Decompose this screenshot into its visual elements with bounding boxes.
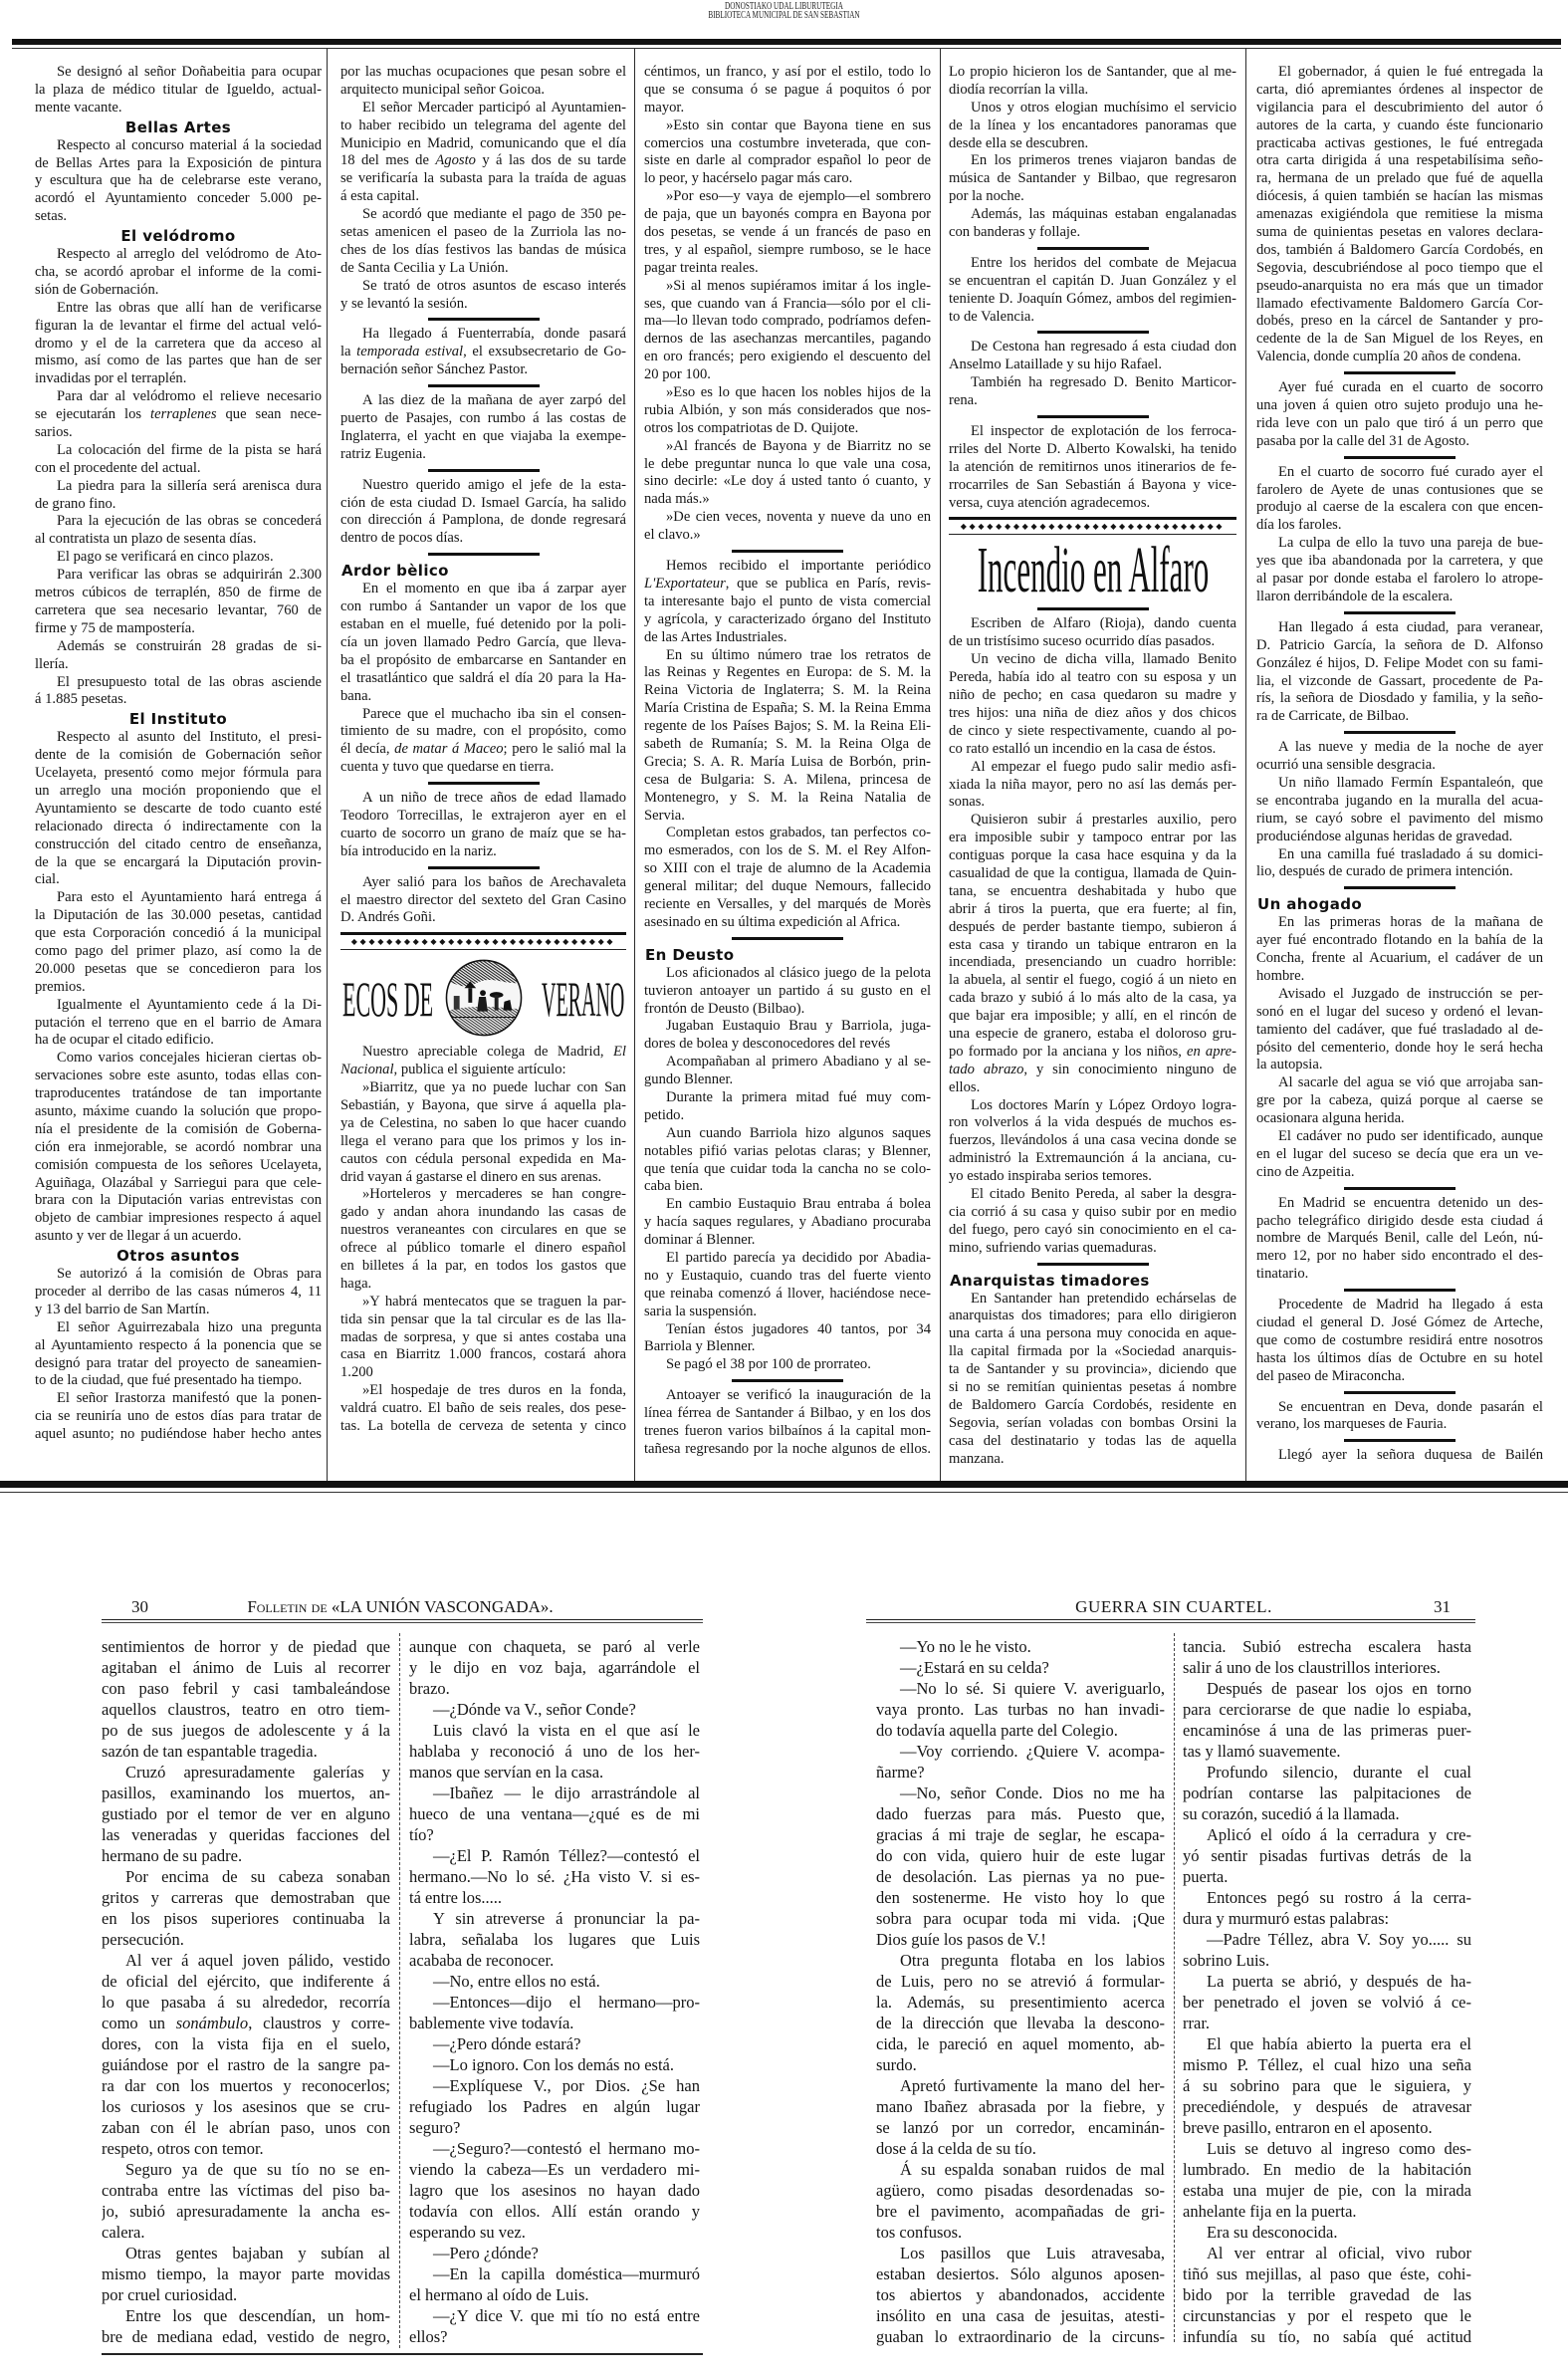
paragraph: La colocación del firme de la pista se h… <box>35 442 322 478</box>
right-running-title: GUERRA SIN CUARTEL. <box>876 1597 1471 1617</box>
text-line: desde ella se descubren. <box>949 135 1236 153</box>
paragraph: De Cestona han regresado á esta ciudad d… <box>949 339 1236 374</box>
separator-rule <box>949 326 1236 339</box>
text-line: contiguas porque la casa hace esquina y … <box>949 847 1236 865</box>
text-line: 18 del mes de Agosto y á las dos de su t… <box>340 152 626 170</box>
text-line: tana, se encuentra deshabitada y hubo qu… <box>949 883 1236 901</box>
text-line: También ha regresado D. Benito Marticor- <box>949 374 1236 392</box>
text-line: jo, subió apresuradamente la ancha es- <box>102 2201 390 2222</box>
paragraph: Ayer salió para los baños de Arechavalet… <box>340 874 626 928</box>
text-line: surdo. <box>876 2054 1165 2075</box>
text-line: Pereda, había ido al teatro con su espos… <box>949 669 1236 687</box>
text-line: casa del destinatario y todas las de aqu… <box>949 1433 1236 1451</box>
section-heading: Anarquistas timadores <box>949 1271 1236 1291</box>
separator-rule <box>340 313 626 326</box>
text-line: una especie de granero, estaba el doloro… <box>949 1026 1236 1044</box>
text-line: de cinco y siete respectivamente, cuando… <box>949 723 1236 741</box>
text-line: ses, que cuando van á Francia—sólo por e… <box>644 296 931 314</box>
paragraph: En Madrid se encuentra detenido un des-p… <box>1256 1195 1543 1284</box>
text-line: cada brazo y subió á lo más alto de la c… <box>949 990 1236 1008</box>
text-line: premios. <box>35 979 322 997</box>
text-line: versa, cuya atención agradecemos. <box>949 495 1236 513</box>
text-line: agüero, como pisadas desordenadas so- <box>876 2180 1165 2201</box>
separator-rule <box>340 464 626 477</box>
text-line: Luis clavó la vista en el que así le <box>409 1720 700 1741</box>
text-line: ba el propósito de embarcarse en Santand… <box>340 652 626 670</box>
text-line: dernos de las asechanzas mercantiles, pa… <box>644 331 931 349</box>
text-line: salir á uno de los claustrillos interior… <box>1183 1657 1471 1678</box>
paragraph: Los doctores Marín y López Ordoyo logra-… <box>949 1097 1236 1186</box>
separator-rule <box>1256 1284 1543 1297</box>
text-line: regente de los Países Bajos; S. M. la Re… <box>644 718 931 736</box>
text-line: ches de los días festivos las bandas de … <box>340 242 626 260</box>
paragraph: Los pasillos que Luis atravesaba,estaban… <box>876 2243 1165 2347</box>
text-line: hueco de una ventana—¿qué es de mi <box>409 1803 700 1824</box>
text-line: mente vacante. <box>35 100 322 118</box>
text-line: otra carta dirigida á una respetabilísim… <box>1256 152 1543 170</box>
text-line: y le dijo en voz baja, agarrándole el <box>409 1657 700 1678</box>
section-heading: Un ahogado <box>1256 894 1543 914</box>
text-line: den sostenerme. He visto hoy lo que <box>876 1887 1165 1908</box>
text-line: xiada la niña mayor, pero no así las dem… <box>949 777 1236 795</box>
text-line: El que había abierto la puerta era el <box>1183 2033 1471 2054</box>
text-line: para cerciorarse de que nadie lo espiaba… <box>1183 1699 1471 1720</box>
text-line: Servia. <box>644 808 931 826</box>
text-line: dores de bolea y desconocedores del revé… <box>644 1036 931 1054</box>
text-line: putación el terreno que en el barrio de … <box>35 1015 322 1033</box>
paragraph: El inspector de explotación de los ferro… <box>949 423 1236 512</box>
text-line: ra, hermana de un prelado que fué de aqu… <box>1256 170 1543 188</box>
text-line: valdrá cuatro. El baño de seis reales, d… <box>340 1400 626 1418</box>
text-line: Se encuentran en Deva, donde pasarán el <box>1256 1399 1543 1417</box>
text-line: Ayuntamiento se descarte de todo cuanto … <box>35 801 322 819</box>
text-line: Se trató de otros asuntos de escaso inte… <box>340 278 626 296</box>
text-line: sonas. <box>949 794 1236 812</box>
text-line: Por encima de su cabeza sonaban <box>102 1866 390 1887</box>
paragraph: Han llegado á esta ciudad, para veranear… <box>1256 619 1543 726</box>
text-line: tres hijos: una niña de diez años y dos … <box>949 705 1236 723</box>
text-line: Después de pasear los ojos en torno <box>1183 1678 1471 1699</box>
paragraph: —Voy corriendo. ¿Quiere V. acompa-ñarme? <box>876 1741 1165 1783</box>
paragraph: El pago se verificará en cinco plazos. <box>35 549 322 567</box>
separator-rule <box>340 548 626 561</box>
top-thin-rule <box>12 48 1561 49</box>
text-line: bre de mediana edad, vestido de negro, <box>102 2326 390 2347</box>
text-line: yo estado inspiraba serios temores. <box>949 1168 1236 1186</box>
text-line: Como varios concejales hicieran ciertas … <box>35 1050 322 1068</box>
section-heading: Bellas Artes <box>35 118 322 137</box>
separator-rule <box>1256 606 1543 619</box>
text-line: servaciones sobre este asunto, todas ell… <box>35 1068 322 1085</box>
text-line: estaban desiertos. Sólo algunos aposen- <box>876 2263 1165 2284</box>
text-line: setas amenicen el paseo de la Zurriola l… <box>340 224 626 242</box>
text-line: En las primeras horas de la mañana de <box>1256 914 1543 932</box>
text-line: ción era inmejorable, se acordó nombrar … <box>35 1139 322 1157</box>
ecos-de-verano-masthead: ECOS DEVERANO <box>340 954 626 1044</box>
text-line: Cruzó apresuradamente galerías y <box>102 1762 390 1783</box>
text-line: »Esto sin contar que Bayona tiene en sus <box>644 118 931 135</box>
text-line: pseudo-anarquista no era más que un tima… <box>1256 278 1543 296</box>
text-line: gado y andan ahora inundando las casas d… <box>340 1204 626 1222</box>
paragraph: Lo propio hicieron los de Santander, que… <box>949 64 1236 100</box>
text-line: lo que pasaba á su alrededor, recorría <box>102 1992 390 2013</box>
paragraph: También ha regresado D. Benito Marticor-… <box>949 374 1236 410</box>
text-line: Para la ejecución de las obras se conced… <box>35 513 322 531</box>
text-line: La colocación del firme de la pista se h… <box>35 442 322 460</box>
paragraph: Aplicó el oído á la cerradura y cre-yó s… <box>1183 1824 1471 1887</box>
paragraph: —Explíquese V., por Dios. ¿Se hanrefugia… <box>409 2075 700 2138</box>
paragraph: Se encuentran en Deva, donde pasarán elv… <box>1256 1399 1543 1435</box>
text-line: bre el pavimento, acompañadas de gri- <box>876 2201 1165 2222</box>
text-line: En su último número trae los retratos de <box>644 647 931 665</box>
paragraph: —Pero ¿dónde? <box>409 2243 700 2263</box>
text-line: breve pasillo, entraron en el aposento. <box>1183 2117 1471 2138</box>
text-line: —No lo sé. Si quiere V. averiguarlo, <box>876 1678 1165 1699</box>
text-line: Los pasillos que Luis atravesaba, <box>876 2243 1165 2263</box>
text-line: En el cuarto de socorro fué curado ayer … <box>1256 464 1543 482</box>
text-line: puerta. <box>1183 1866 1471 1887</box>
text-line: Aplicó el oído á la cerradura y cre- <box>1183 1824 1471 1845</box>
text-line: En una camilla fué trasladado á su domic… <box>1256 846 1543 864</box>
text-line: de oficial del ejército, que indiferente… <box>102 1971 390 1992</box>
text-line: nada más.» <box>644 491 931 509</box>
paragraph: En su último número trae los retratos de… <box>644 647 931 826</box>
text-line: de Bellas Artes para la Exposición de pi… <box>35 155 322 173</box>
text-line: hermano de su padre. <box>102 1845 390 1866</box>
text-line: Teodoro Torrecillas, le extrajeron ayer … <box>340 808 626 826</box>
text-line: Anselmo Lataillade y su hijo Rafael. <box>949 357 1236 374</box>
text-line: circunstancias y por el respeto que le <box>1183 2305 1471 2326</box>
text-line: ta de Santander y su provincia», diciend… <box>949 1361 1236 1379</box>
text-line: setas. <box>35 208 322 226</box>
text-line: á 1.885 pesetas. <box>35 691 322 709</box>
text-line: dobés, preso en la cárcel de Santander y… <box>1256 313 1543 331</box>
paragraph: Antoayer se verificó la inauguración de … <box>644 1387 931 1459</box>
text-line: al pasar por donde estaba el farolero lo… <box>1256 571 1543 589</box>
text-line: manos que servían en la casa. <box>409 1762 700 1783</box>
text-line: sobra para ocupar toda mi vida. ¡Que <box>876 1908 1165 1929</box>
text-line: al contratista un plazo de sesenta días. <box>35 531 322 549</box>
text-line: Completan estos grabados, tan perfectos … <box>644 825 931 842</box>
paragraph: »Biarritz, que ya no puede luchar con Sa… <box>340 1079 626 1186</box>
text-line: Al ver entrar al oficial, vivo rubor <box>1183 2243 1471 2263</box>
text-line: administró la Extremaunción á la anciana… <box>949 1150 1236 1168</box>
text-line: González é hijos, D. Felipe Modet con su… <box>1256 655 1543 673</box>
paragraph: »Eso es lo que hacen los nobles hijos de… <box>644 384 931 438</box>
text-line: sino decirle: «Le doy á usted tanto ó cu… <box>644 473 931 491</box>
text-line: niño de pecho; en casa quedaron su madre… <box>949 687 1236 705</box>
text-line: carretera que sea necesario levantar, 76… <box>35 602 322 620</box>
paragraph: Se designó al señor Doñabeitia para ocup… <box>35 64 322 118</box>
separator-rule <box>340 379 626 392</box>
text-line: con rumbo á Santander un vapor de los qu… <box>340 598 626 616</box>
text-line: persecución. <box>102 1929 390 1950</box>
text-line: por la noche. <box>949 188 1236 206</box>
separator-rule <box>644 545 931 558</box>
text-line: Unos y otros elogian muchísimo el servic… <box>949 100 1236 118</box>
text-line: tas y llamó suavemente. <box>1183 1741 1471 1762</box>
paragraph: Avisado el Juzgado de instrucción se per… <box>1256 986 1543 1074</box>
paragraph: Por encima de su cabeza sonabangritos y … <box>102 1866 390 1950</box>
text-line: —Ibañez — le dijo arrastrándole al <box>409 1783 700 1803</box>
paragraph: En una camilla fué trasladado á su domic… <box>1256 846 1543 882</box>
text-line: metros cúbicos de terraplén, 850 de firm… <box>35 585 322 602</box>
page-divider-thin-rule <box>0 1492 1568 1493</box>
text-line: con el procedente del actual. <box>35 460 322 478</box>
ornament-bottom-line <box>340 949 626 950</box>
text-line: —No, entre ellos no está. <box>409 1971 700 1992</box>
text-line: relacionado directa ó indirectamente con… <box>35 819 322 836</box>
text-line: 20.000 pesetas que se concedieron para l… <box>35 961 322 979</box>
text-line: D. Patricio García, la señora de D. Alfo… <box>1256 637 1543 655</box>
text-line: amenazas exigiéndola que remitiese la mi… <box>1256 206 1543 224</box>
news-column-3: céntimos, un franco, y así por el estilo… <box>644 64 931 1459</box>
paragraph: —¿Seguro?—contestó el hermano mo-viendo … <box>409 2138 700 2243</box>
text-line: se encuentran el capitán D. Juan Gonzále… <box>949 273 1236 291</box>
text-line: tas. La botella de cerveza de setenta y … <box>340 1418 626 1436</box>
text-line: practicaba activas gestiones, le fué ent… <box>1256 135 1543 153</box>
paragraph: Al empezar el fuego pudo salir medio asf… <box>949 759 1236 813</box>
text-line: música de Santander y Bilbao, que regres… <box>949 170 1236 188</box>
section-heading: Ardor bèlico <box>340 561 626 581</box>
text-line: objeto de cambiar impresiones respecto á… <box>35 1210 322 1228</box>
text-line: drid vayan á gastarse el dinero en sus a… <box>340 1169 626 1187</box>
text-line: de un tristísimo suceso ocurrido días pa… <box>949 633 1236 651</box>
text-line: gre por la cabeza, quizá porque al caers… <box>1256 1092 1543 1110</box>
text-line: Municipio en Madrid, comunicando que el … <box>340 135 626 153</box>
left-running-title: Folletin de «LA UNIÓN VASCONGADA». <box>102 1597 699 1617</box>
text-line: mayor. <box>644 100 931 118</box>
text-line: de paja, que un bayonés compra en Bayona… <box>644 206 931 224</box>
text-line: ratriz Eugenia. <box>340 446 626 464</box>
text-line: »Al francés de Bayona y de Biarritz no s… <box>644 438 931 456</box>
text-line: de la dirección que llevaba la descono- <box>876 2013 1165 2033</box>
text-line: el maestro director del sexteto del Gran… <box>340 892 626 910</box>
text-line: dado fuerzas para más. Puesto que, <box>876 1803 1165 1824</box>
text-line: A un niño de trece años de edad llamado <box>340 790 626 808</box>
text-line: ocurrió una sensible desgracia. <box>1256 757 1543 775</box>
text-line: A las nueve y media de la noche de ayer <box>1256 739 1543 757</box>
feuilleton-right-column-1: —Yo no le he visto.—¿Estará en su celda?… <box>876 1636 1165 2347</box>
text-line: so XIII con el traje de alumno de la Aca… <box>644 860 931 878</box>
text-line: el hermano al oído de Luis. <box>409 2284 700 2305</box>
paragraph: En el momento en que iba á zarpar ayerco… <box>340 581 626 705</box>
text-line: Montenegro, y S. M. la Reina Natalia de <box>644 790 931 808</box>
paragraph: Otras gentes bajaban y subían almismo ti… <box>102 2243 390 2305</box>
text-line: Grecia; S. A. R. María Luisa de Borbón, … <box>644 754 931 772</box>
paragraph: Después de pasear los ojos en tornopara … <box>1183 1678 1471 1762</box>
text-line: Procedente de Madrid ha llegado á esta <box>1256 1297 1543 1314</box>
text-line: sabeth de Rumanía; S. M. la Reina Olga d… <box>644 736 931 754</box>
text-line: Para verificar las obras se adquirirán 2… <box>35 567 322 585</box>
news-column-5: El gobernador, á quien le fué entregada … <box>1256 64 1543 1465</box>
text-line: D. Andrés Goñi. <box>340 909 626 927</box>
text-line: En los primeros trenes viajaron bandas d… <box>949 152 1236 170</box>
text-line: cida, le pareció en aquel momento, ab- <box>876 2033 1165 2054</box>
text-line: notables pifió varias pelotas claras; y … <box>644 1143 931 1161</box>
paragraph: »Horteleros y mercaderes se han congre-g… <box>340 1186 626 1293</box>
text-line: se lanzó por un corredor, encaminán- <box>876 2117 1165 2138</box>
paragraph: »El hospedaje de tres duros en la fonda,… <box>340 1382 626 1436</box>
text-line: que se consuma ó se pague á poquitos ó p… <box>644 82 931 100</box>
text-line: de las Artes Industriales. <box>644 629 931 647</box>
paragraph: —No lo sé. Si quiere V. averiguarlo,vaya… <box>876 1678 1165 1741</box>
text-line: en billetes á la par, en todos los gasto… <box>340 1258 626 1276</box>
text-line: Respecto al arreglo del velódromo de Ato… <box>35 246 322 264</box>
text-line: En Santander han pretendido echárselas d… <box>949 1291 1236 1308</box>
left-page-bottom-rule <box>102 2353 703 2355</box>
text-line: mismo, así como de las partes que han de… <box>35 353 322 370</box>
text-line: seguro? <box>409 2117 700 2138</box>
masthead-word-left: ECOS DE <box>342 974 433 1024</box>
paragraph: —Lo ignoro. Con los demás no está. <box>409 2054 700 2075</box>
text-line: ción de esta ciudad D. Ismael García, ha… <box>340 495 626 513</box>
text-line: vaya pronto. Las turbas no han invadi- <box>876 1699 1165 1720</box>
separator-rule <box>644 932 931 945</box>
text-line: dose á la celda de su tío. <box>876 2138 1165 2159</box>
paragraph: Además se construirán 28 gradas de si-ll… <box>35 638 322 674</box>
text-line: saria la suspensión. <box>644 1304 931 1321</box>
text-line: —¿Estará en su celda? <box>876 1657 1165 1678</box>
text-line: Otras gentes bajaban y subían al <box>102 2243 390 2263</box>
text-line: si no se remitían quinientas pesetas á n… <box>949 1379 1236 1397</box>
text-line: dominar á Blenner. <box>644 1232 931 1250</box>
text-line: »El hospedaje de tres duros en la fonda, <box>340 1382 626 1400</box>
text-line: cuarto de socorro un grano de maíz que s… <box>340 826 626 843</box>
text-line: tinatario. <box>1256 1266 1543 1284</box>
text-line: madas de sorpresa, y que si antes costab… <box>340 1329 626 1347</box>
section-heading: El Instituto <box>35 709 322 729</box>
text-line: no y Eustaquio, cuando tras del fuerte v… <box>644 1268 931 1286</box>
text-line: Al sacarle del agua se vió que arrojaba … <box>1256 1074 1543 1092</box>
paragraph: El gobernador, á quien le fué entregada … <box>1256 64 1543 366</box>
text-line: él decía, de matar á Maceo; pero le sali… <box>340 741 626 759</box>
text-line: La culpa de ello la tuvo una pareja de b… <box>1256 535 1543 553</box>
text-line: co rato estalló un incendio en la casa d… <box>949 741 1236 759</box>
text-line: Se pagó el 38 por 100 de prorrateo. <box>644 1356 931 1374</box>
text-line: Valencia, donde cumplía 20 años de conde… <box>1256 349 1543 366</box>
text-line: cedente de la de San Miguel de los Reyes… <box>1256 331 1543 349</box>
text-line: figuran la de levantar el firme del actu… <box>35 318 322 336</box>
paragraph: Completan estos grabados, tan perfectos … <box>644 825 931 931</box>
text-line: ma—lo llevan todo comprado, podríamos de… <box>644 313 931 331</box>
text-line: Entonces pegó su rostro á la cerra- <box>1183 1887 1471 1908</box>
text-line: haga. <box>340 1276 626 1294</box>
text-line: un arreglo una moción proponiendo que el <box>35 783 322 801</box>
text-line: Concha, frente al Acuarium, el cadáver d… <box>1256 950 1543 968</box>
separator-rule <box>1256 881 1543 894</box>
text-line: de la línea y los encantadores panoramas… <box>949 118 1236 135</box>
running-title-main: «LA UNIÓN VASCONGADA». <box>332 1597 554 1616</box>
text-line: —Padre Téllez, abra V. Soy yo..... su <box>1183 1929 1471 1950</box>
text-line: tiñó sus mejillas, al paso que éste, coh… <box>1183 2263 1471 2284</box>
paragraph: Al sacarle del agua se vió que arrojaba … <box>1256 1074 1543 1128</box>
text-line: dente de la comisión de Gobernación seño… <box>35 747 322 765</box>
text-line: Acompañaban al primero Abadiano y al se- <box>644 1054 931 1071</box>
paragraph: —No, entre ellos no está. <box>409 1971 700 1992</box>
paragraph: —¿Y dice V. que mi tío no está entreello… <box>409 2305 700 2347</box>
text-line: Nuestro apreciable colega de Madrid, El <box>340 1044 626 1062</box>
text-line: sonó en el lugar del suceso y ordenó el … <box>1256 1004 1543 1022</box>
paragraph: tancia. Subió estrecha escalera hastasal… <box>1183 1636 1471 1678</box>
text-line: sentimientos de horror y de piedad que <box>102 1636 390 1657</box>
text-line: tío? <box>409 1824 700 1845</box>
text-line: El señor Mercader participó al Ayuntamie… <box>340 100 626 118</box>
text-line: de Luis, pero no se atrevió á formular- <box>876 1971 1165 1992</box>
text-line: las veneradas y queridas facciones del <box>102 1824 390 1845</box>
text-line: Y sin atreverse á pronunciar la pa- <box>409 1908 700 1929</box>
text-line: En el momento en que iba á zarpar ayer <box>340 581 626 598</box>
text-line: dores, con la vista fija en el suelo, <box>102 2033 390 2054</box>
text-line: comisión compuesta de los señores Ucelay… <box>35 1157 322 1175</box>
text-line: cia corrió á su casa y quiso subir por e… <box>949 1204 1236 1222</box>
text-line: construcción del citado centro de enseña… <box>35 836 322 854</box>
paragraph: »Esto sin contar que Bayona tiene en sus… <box>644 118 931 189</box>
paragraph: céntimos, un franco, y así por el estilo… <box>644 64 931 118</box>
text-line: »De cien veces, noventa y nueve da uno e… <box>644 509 931 527</box>
text-line: de desolación. Las piernas ya no pue- <box>876 1866 1165 1887</box>
text-line: casualidad de que la contigua, llamada d… <box>949 865 1236 883</box>
text-line: otros los compatriotas de D. Quijote. <box>644 420 931 438</box>
text-line: Los aficionados al clásico juego de la p… <box>644 965 931 983</box>
text-line: insólito en una casa de jesuitas, atesti… <box>876 2305 1165 2326</box>
paragraph: Profundo silencio, durante el cualpodría… <box>1183 1762 1471 1824</box>
text-line: asesinado en su última expedición al Afr… <box>644 914 931 932</box>
text-line: infundía su tío, no sabía qué actitud <box>1183 2326 1471 2347</box>
paragraph: Para la ejecución de las obras se conced… <box>35 513 322 549</box>
paragraph: Entonces pegó su rostro á la cerra-dura … <box>1183 1887 1471 1929</box>
separator-rule <box>949 410 1236 423</box>
text-line: —Voy corriendo. ¿Quiere V. acompa- <box>876 1741 1165 1762</box>
text-line: manzana. <box>949 1451 1236 1469</box>
paragraph: Respecto al asunto del Instituto, el pre… <box>35 729 322 889</box>
text-line: con dirección á Pamplona, de donde regre… <box>340 512 626 530</box>
text-line: del fuego, pero cayó sin conocimiento en… <box>949 1222 1236 1240</box>
text-line: nía el presidente de la comisión de Gobe… <box>35 1121 322 1139</box>
text-line: de la que se encargará la Diputación pro… <box>35 854 322 872</box>
text-line: do con vida, quiero huir de este lugar <box>876 1845 1165 1866</box>
text-line: to de la ciudad, que fué presentado ha t… <box>35 1372 322 1390</box>
text-line: La puerta se abrió, y después de ha- <box>1183 1971 1471 1992</box>
section-heading: Otros asuntos <box>35 1246 322 1266</box>
text-line: la plaza de médico titular de Igueldo, a… <box>35 82 322 100</box>
text-line: Apretó furtivamente la mano del her- <box>876 2075 1165 2096</box>
text-line: que esta Corporación concedió á la munic… <box>35 925 322 943</box>
paragraph: »Al francés de Bayona y de Biarritz no s… <box>644 438 931 510</box>
paragraph: Se acordó que mediante el pago de 350 pe… <box>340 206 626 278</box>
text-line: cesa de Bulgaria: S. A. Milena, princesa… <box>644 772 931 790</box>
text-line: —¿Pero dónde estará? <box>409 2033 700 2054</box>
text-line: la Diputación de las 30.000 pesetas, can… <box>35 907 322 925</box>
library-header: DONOSTIAKO UDAL LIBURUTEGIA BIBLIOTECA M… <box>0 2 1568 20</box>
paragraph: Se trató de otros asuntos de escaso inte… <box>340 278 626 314</box>
text-line: ellos. <box>949 1079 1236 1097</box>
paragraph: Los aficionados al clásico juego de la p… <box>644 965 931 1019</box>
text-line: viendo la cabeza—Es un verdadero mi- <box>409 2159 700 2180</box>
paragraph: Y sin atreverse á pronunciar la pa-labra… <box>409 1908 700 1971</box>
text-line: do todavía aquella parte del Colegio. <box>876 1720 1165 1741</box>
text-line: A las diez de la mañana de ayer zarpó de… <box>340 392 626 410</box>
text-line: trenes fueron varios bilbaínos á la capi… <box>644 1423 931 1441</box>
text-line: 1.200 <box>340 1364 626 1382</box>
text-line: á esta capital. <box>340 188 626 206</box>
text-line: Parece que el muchacho iba sin el consen… <box>340 706 626 724</box>
text-line: llaron derribándole de la escalera. <box>1256 589 1543 606</box>
text-line: Jugaban Eustaquio Brau y Barriola, juga- <box>644 1018 931 1036</box>
paragraph: El señor Irastorza manifestó que la pone… <box>35 1390 322 1444</box>
text-line: y hacía saques regulares, y Abadiano pro… <box>644 1214 931 1232</box>
text-line: lia, el vizconde de Gassart, procedente … <box>1256 673 1543 691</box>
